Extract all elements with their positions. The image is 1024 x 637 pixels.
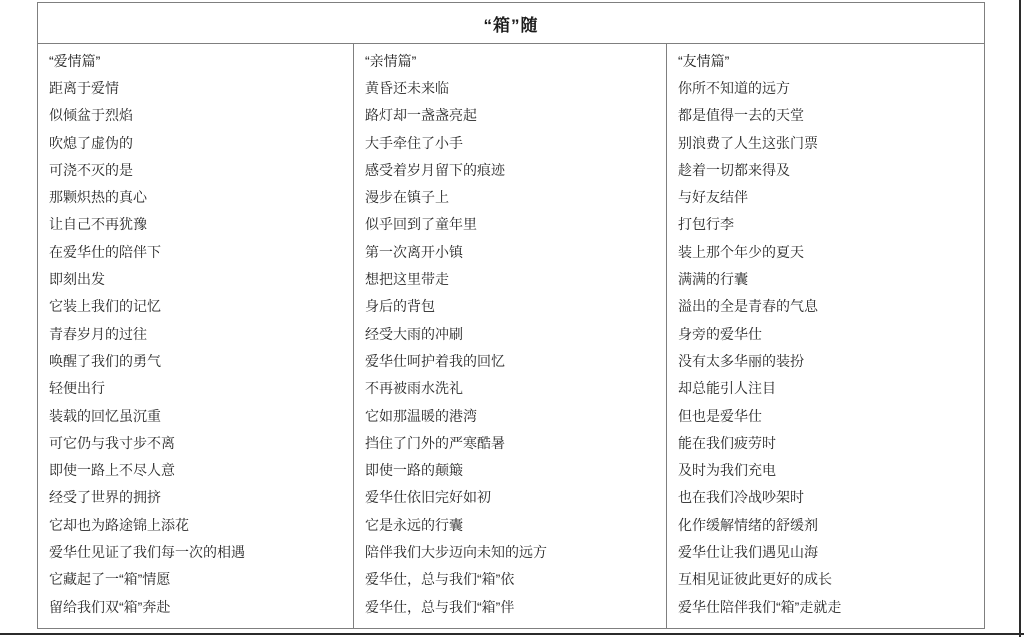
- poem-line: 化作缓解情绪的舒缓剂: [667, 511, 984, 538]
- poem-line: 互相见证彼此更好的成长: [667, 566, 984, 593]
- poem-line: 陪伴我们大步迈向未知的远方: [354, 538, 666, 565]
- poem-line: 爱华仕呵护着我的回忆: [354, 347, 666, 374]
- poem-line: 它却也为路途锦上添花: [38, 511, 353, 538]
- poem-line: 却总能引人注目: [667, 375, 984, 402]
- poem-line: 唤醒了我们的勇气: [38, 347, 353, 374]
- column-header: “友情篇”: [667, 47, 984, 74]
- poem-line: 让自己不再犹豫: [38, 211, 353, 238]
- poem-line: 都是值得一去的天堂: [667, 102, 984, 129]
- poem-line: 吹熄了虚伪的: [38, 129, 353, 156]
- poem-column-love: “爱情篇” 距离于爱情似倾盆于烈焰吹熄了虚伪的可浇不灭的是那颗炽热的真心让自己不…: [38, 44, 353, 628]
- poem-line: 满满的行囊: [667, 265, 984, 292]
- poem-line: 感受着岁月留下的痕迹: [354, 156, 666, 183]
- poem-line: 身旁的爱华仕: [667, 320, 984, 347]
- poem-line: 可浇不灭的是: [38, 156, 353, 183]
- poem-line: 漫步在镇子上: [354, 183, 666, 210]
- poem-line: 大手牵住了小手: [354, 129, 666, 156]
- page-edge-bottom: [0, 633, 1024, 635]
- poem-line: 可它仍与我寸步不离: [38, 429, 353, 456]
- poem-line: 第一次离开小镇: [354, 238, 666, 265]
- poem-line: 挡住了门外的严寒酷暑: [354, 429, 666, 456]
- poem-line: 经受了世界的拥挤: [38, 484, 353, 511]
- poem-line: 装载的回忆虽沉重: [38, 402, 353, 429]
- poem-line: 你所不知道的远方: [667, 74, 984, 101]
- poem-line: 似乎回到了童年里: [354, 211, 666, 238]
- poem-line: 没有太多华丽的装扮: [667, 347, 984, 374]
- table-body: “爱情篇” 距离于爱情似倾盆于烈焰吹熄了虚伪的可浇不灭的是那颗炽热的真心让自己不…: [38, 44, 984, 628]
- poem-line: 即刻出发: [38, 265, 353, 292]
- poem-line: 在爱华仕的陪伴下: [38, 238, 353, 265]
- poem-line: 黄昏还未来临: [354, 74, 666, 101]
- poem-table: “箱”随 “爱情篇” 距离于爱情似倾盆于烈焰吹熄了虚伪的可浇不灭的是那颗炽热的真…: [37, 2, 985, 629]
- poem-line: 能在我们疲劳时: [667, 429, 984, 456]
- poem-line: 它是永远的行囊: [354, 511, 666, 538]
- column-header: “亲情篇”: [354, 47, 666, 74]
- poem-line: 它装上我们的记忆: [38, 293, 353, 320]
- poem-line: 溢出的全是青春的气息: [667, 293, 984, 320]
- poem-line: 装上那个年少的夏天: [667, 238, 984, 265]
- poem-line: 爱华仕让我们遇见山海: [667, 538, 984, 565]
- poem-line: 爱华仕陪伴我们“箱”走就走: [667, 593, 984, 620]
- poem-line: 与好友结伴: [667, 183, 984, 210]
- poem-line: 即使一路的颠簸: [354, 456, 666, 483]
- poem-line: 及时为我们充电: [667, 456, 984, 483]
- poem-line: 经受大雨的冲刷: [354, 320, 666, 347]
- poem-line: 爱华仕，总与我们“箱”伴: [354, 593, 666, 620]
- poem-line: 路灯却一盏盏亮起: [354, 102, 666, 129]
- poem-line: 似倾盆于烈焰: [38, 102, 353, 129]
- page-edge-right: [1019, 0, 1021, 637]
- poem-line: 它藏起了一“箱”情愿: [38, 566, 353, 593]
- poem-line: 它如那温暖的港湾: [354, 402, 666, 429]
- poem-line: 即使一路上不尽人意: [38, 456, 353, 483]
- poem-line: 趁着一切都来得及: [667, 156, 984, 183]
- poem-line: 爱华仕见证了我们每一次的相遇: [38, 538, 353, 565]
- poem-column-family: “亲情篇” 黄昏还未来临路灯却一盏盏亮起大手牵住了小手感受着岁月留下的痕迹漫步在…: [353, 44, 666, 628]
- poem-line: 留给我们双“箱”奔赴: [38, 593, 353, 620]
- poem-column-friendship: “友情篇” 你所不知道的远方都是值得一去的天堂别浪费了人生这张门票趁着一切都来得…: [666, 44, 984, 628]
- poem-line: 爱华仕依旧完好如初: [354, 484, 666, 511]
- poem-line: 身后的背包: [354, 293, 666, 320]
- page-title: “箱”随: [484, 11, 539, 36]
- poem-line: 打包行李: [667, 211, 984, 238]
- poem-line: 也在我们冷战吵架时: [667, 484, 984, 511]
- poem-line: 那颗炽热的真心: [38, 183, 353, 210]
- poem-line: 轻便出行: [38, 375, 353, 402]
- poem-line: 别浪费了人生这张门票: [667, 129, 984, 156]
- poem-line: 青春岁月的过往: [38, 320, 353, 347]
- poem-line: 想把这里带走: [354, 265, 666, 292]
- poem-line: 但也是爱华仕: [667, 402, 984, 429]
- table-title-row: “箱”随: [38, 3, 984, 44]
- poem-line: 不再被雨水洗礼: [354, 375, 666, 402]
- column-header: “爱情篇”: [38, 47, 353, 74]
- poem-line: 距离于爱情: [38, 74, 353, 101]
- poem-line: 爱华仕，总与我们“箱”依: [354, 566, 666, 593]
